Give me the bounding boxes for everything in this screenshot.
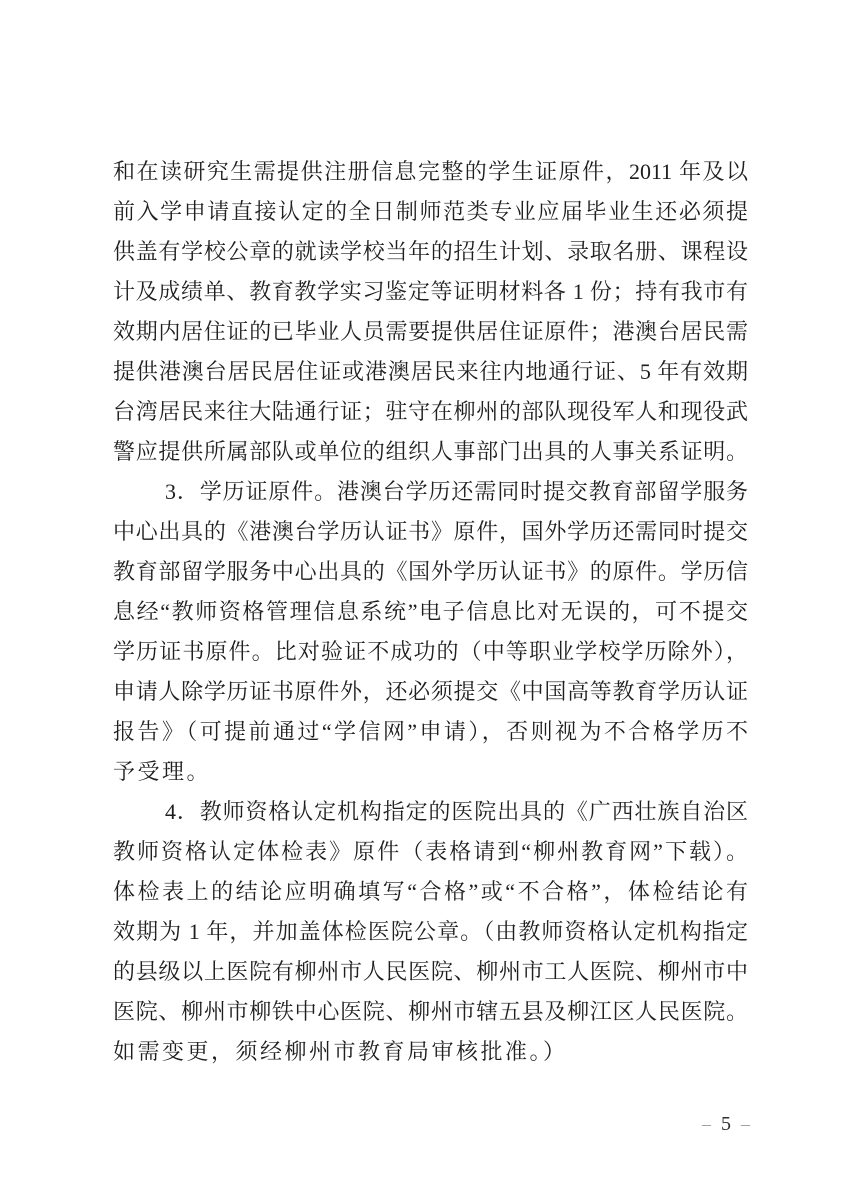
text-line: 教育部留学服务中心出具的《国外学历认证书》的原件。学历信 — [113, 552, 748, 592]
text-line: 学历证书原件。比对验证不成功的（中等职业学校学历除外）， — [113, 632, 748, 672]
text-line-paragraph-start: 4．教师资格认定机构指定的医院出具的《广西壮族自治区 — [113, 792, 748, 832]
text-line: 警应提供所属部队或单位的组织人事部门出具的人事关系证明。 — [113, 432, 748, 472]
text-line: 前入学申请直接认定的全日制师范类专业应届毕业生还必须提 — [113, 192, 748, 232]
page-footer: –5– — [702, 1110, 750, 1138]
text-line: 中心出具的《港澳台学历认证书》原件，国外学历还需同时提交 — [113, 512, 748, 552]
text-line-paragraph-end: 如需变更，须经柳州市教育局审核批准。） — [113, 1032, 748, 1072]
document-body: 和在读研究生需提供注册信息完整的学生证原件，2011 年及以 前入学申请直接认定… — [113, 152, 748, 1072]
text-line: 和在读研究生需提供注册信息完整的学生证原件，2011 年及以 — [113, 152, 748, 192]
text-line: 计及成绩单、教育教学实习鉴定等证明材料各 1 份；持有我市有 — [113, 272, 748, 312]
text-line-paragraph-end: 予受理。 — [113, 752, 748, 792]
text-line: 供盖有学校公章的就读学校当年的招生计划、录取名册、课程设 — [113, 232, 748, 272]
text-line: 息经“教师资格管理信息系统”电子信息比对无误的，可不提交 — [113, 592, 748, 632]
text-line: 效期为 1 年，并加盖体检医院公章。（由教师资格认定机构指定 — [113, 912, 748, 952]
page-number: 5 — [721, 1113, 731, 1135]
text-line: 申请人除学历证书原件外，还必须提交《中国高等教育学历认证 — [113, 672, 748, 712]
footer-dash-left: – — [702, 1114, 711, 1134]
document-page: 和在读研究生需提供注册信息完整的学生证原件，2011 年及以 前入学申请直接认定… — [0, 0, 850, 1201]
text-line: 效期内居住证的已毕业人员需要提供居住证原件；港澳台居民需 — [113, 312, 748, 352]
text-line: 的县级以上医院有柳州市人民医院、柳州市工人医院、柳州市中 — [113, 952, 748, 992]
text-line: 教师资格认定体检表》原件（表格请到“柳州教育网”下载）。 — [113, 832, 748, 872]
text-line: 台湾居民来往大陆通行证；驻守在柳州的部队现役军人和现役武 — [113, 392, 748, 432]
text-line: 提供港澳台居民居住证或港澳居民来往内地通行证、5 年有效期 — [113, 352, 748, 392]
text-line: 医院、柳州市柳铁中心医院、柳州市辖五县及柳江区人民医院。 — [113, 992, 748, 1032]
text-line: 体检表上的结论应明确填写“合格”或“不合格”，体检结论有 — [113, 872, 748, 912]
text-line: 报告》（可提前通过“学信网”申请），否则视为不合格学历不 — [113, 712, 748, 752]
text-line-paragraph-start: 3．学历证原件。港澳台学历还需同时提交教育部留学服务 — [113, 472, 748, 512]
footer-dash-right: – — [741, 1114, 750, 1134]
